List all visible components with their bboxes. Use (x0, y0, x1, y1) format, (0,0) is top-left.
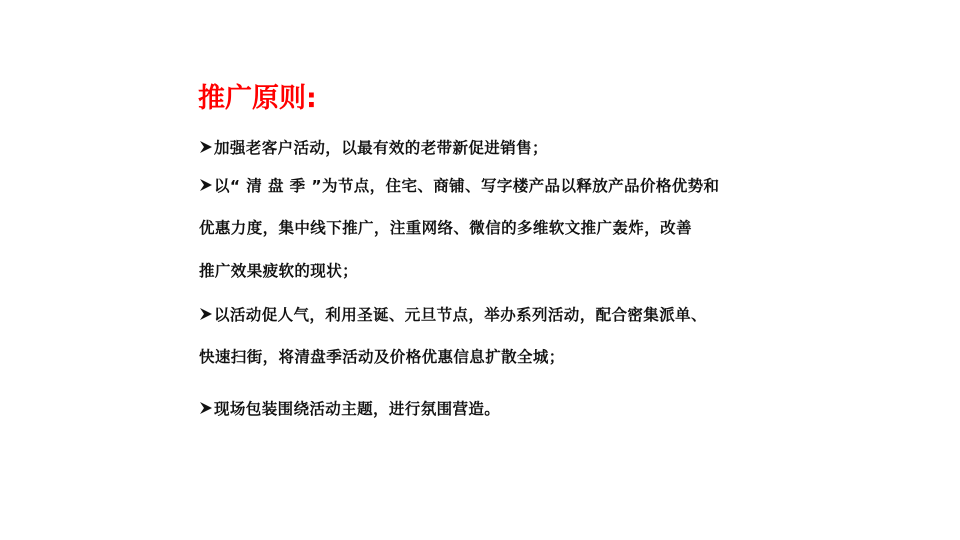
line-text: 优惠力度，集中线下推广，注重网络、微信的多维软文推广轰炸，改善 (199, 219, 692, 237)
line-text: 加强老客户活动，以最有效的老带新促进销售； (214, 139, 548, 157)
slide-title: 推广原则: (198, 82, 317, 116)
line-text: 现场包装围绕活动主题，进行氛围营造。 (214, 400, 500, 418)
arrow-bullet-icon (199, 307, 213, 321)
slide: 推广原则: 加强老客户活动，以最有效的老带新促进销售； 以“ 清 盘 季 ”为节… (0, 0, 960, 540)
bullet-line: 加强老客户活动，以最有效的老带新促进销售； (199, 138, 548, 158)
arrow-bullet-icon (199, 401, 213, 415)
line-text: 以活动促人气，利用圣诞、元旦节点，举办系列活动，配合密集派单、 (214, 306, 707, 324)
line-text: 快速扫街，将清盘季活动及价格优惠信息扩散全城； (199, 348, 565, 366)
arrow-bullet-icon (199, 140, 213, 154)
bullet-line: 现场包装围绕活动主题，进行氛围营造。 (199, 399, 500, 419)
continuation-line: 快速扫街，将清盘季活动及价格优惠信息扩散全城； (199, 347, 565, 367)
continuation-line: 推广效果疲软的现状； (199, 261, 358, 281)
arrow-bullet-icon (199, 178, 213, 192)
line-text: 推广效果疲软的现状； (199, 262, 358, 280)
bullet-line: 以活动促人气，利用圣诞、元旦节点，举办系列活动，配合密集派单、 (199, 305, 707, 325)
line-text: 以“ 清 盘 季 ”为节点，住宅、商铺、写字楼产品以释放产品价格优势和 (214, 177, 719, 195)
continuation-line: 优惠力度，集中线下推广，注重网络、微信的多维软文推广轰炸，改善 (199, 218, 692, 238)
bullet-line: 以“ 清 盘 季 ”为节点，住宅、商铺、写字楼产品以释放产品价格优势和 (199, 176, 719, 196)
